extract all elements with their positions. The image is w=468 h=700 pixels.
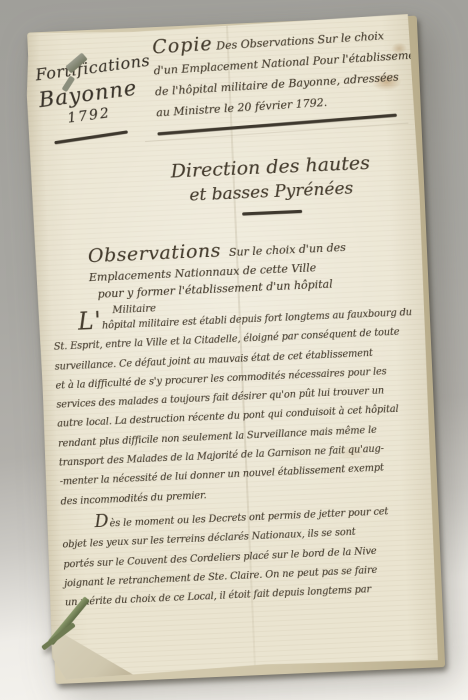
photo-background: Fortifications Bayonne 1792 Copie Des Ob… [0, 0, 468, 700]
paragraph-1: L'hôpital militaire est établi depuis fo… [53, 303, 410, 512]
spine-title: Fortifications Bayonne 1792 [34, 50, 159, 144]
paragraph-2: Dès le moment ou les Decrets ont permis … [61, 501, 414, 613]
observations-line-1-text: Sur le choix d'un des [229, 241, 346, 259]
direction-rule [242, 210, 302, 215]
copy-header: Copie Des Observations Sur le choix d'un… [152, 22, 411, 133]
copy-header-lead: Copie [152, 33, 214, 59]
observations-lead: Observations [87, 239, 221, 267]
spine-rule [54, 130, 128, 144]
manuscript-page: Fortifications Bayonne 1792 Copie Des Ob… [24, 14, 440, 680]
manuscript-stack: Fortifications Bayonne 1792 Copie Des Ob… [24, 14, 440, 680]
direction-heading: Direction des hautes et basses Pyrénées [148, 149, 394, 219]
